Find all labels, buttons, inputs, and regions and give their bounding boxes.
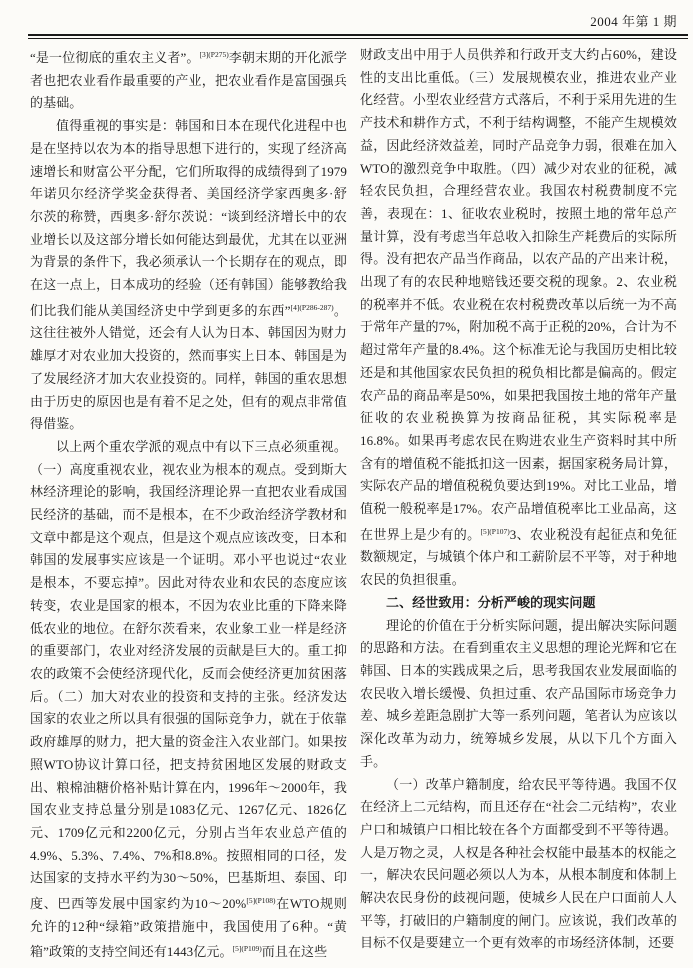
section-heading: 二、经世致用：分析严峻的现实问题 (360, 592, 677, 615)
citation-marker: [5](P108) (246, 896, 275, 905)
page-header: 2004 年第 1 期 (0, 11, 677, 30)
paragraph: 财政支出中用于人员供养和行政开支大约占60%，建设性的支出比重低。（三）发展规模… (360, 44, 677, 592)
citation-marker: [4](P286-287) (291, 303, 334, 312)
paragraph: 理论的价值在于分析实际问题，提出解决实际问题的思路和方法。在看到重农主义思想的理… (360, 615, 677, 774)
paragraph: 值得重视的事实是：韩国和日本在现代化进程中也是在坚持以农为本的指导思想下进行的，… (30, 115, 347, 436)
paragraph-text: 值得重视的事实是：韩国和日本在现代化进程中也是在坚持以农为本的指导思想下进行的，… (30, 118, 347, 318)
citation-marker: [3](P275) (200, 50, 229, 59)
header-divider (28, 34, 688, 39)
paragraph-text: 财政支出中用于人员供养和行政开支大约占60%，建设性的支出比重低。（三）发展规模… (360, 47, 677, 542)
paragraph: （一）改革户籍制度，给农民平等待遇。我国不仅在经济上二元结构，而且还存在“社会二… (360, 774, 677, 956)
left-column: “是一位彻底的重农主义者”。[3](P275)李朝末期的开化派学者也把农业看作最… (30, 44, 347, 964)
citation-marker: [5](P109) (233, 944, 262, 953)
paragraph-text: “是一位彻底的重农主义者”。 (30, 50, 200, 65)
citation-marker: [5](P107) (481, 527, 510, 536)
paragraph: 以上两个重农学派的观点中有以下三点必须重视。（一）高度重视农业，视农业为根本的观… (30, 436, 347, 964)
paragraph-text: 而且在这些 (262, 944, 328, 959)
paragraph: “是一位彻底的重农主义者”。[3](P275)李朝末期的开化派学者也把农业看作最… (30, 44, 347, 115)
text-columns: “是一位彻底的重农主义者”。[3](P275)李朝末期的开化派学者也把农业看作最… (30, 44, 677, 964)
issue-label: 2004 年第 1 期 (590, 14, 677, 29)
right-column: 财政支出中用于人员供养和行政开支大约占60%，建设性的支出比重低。（三）发展规模… (360, 44, 677, 964)
paragraph-text: 。这往往被外人错觉，还会有人认为日本、韩国因为财力雄厚才对农业加大投资的，然而事… (30, 303, 347, 432)
journal-page: 2004 年第 1 期 “是一位彻底的重农主义者”。[3](P275)李朝末期的… (0, 0, 693, 968)
paragraph-text: 以上两个重农学派的观点中有以下三点必须重视。（一）高度重视农业，视农业为根本的观… (30, 439, 347, 911)
